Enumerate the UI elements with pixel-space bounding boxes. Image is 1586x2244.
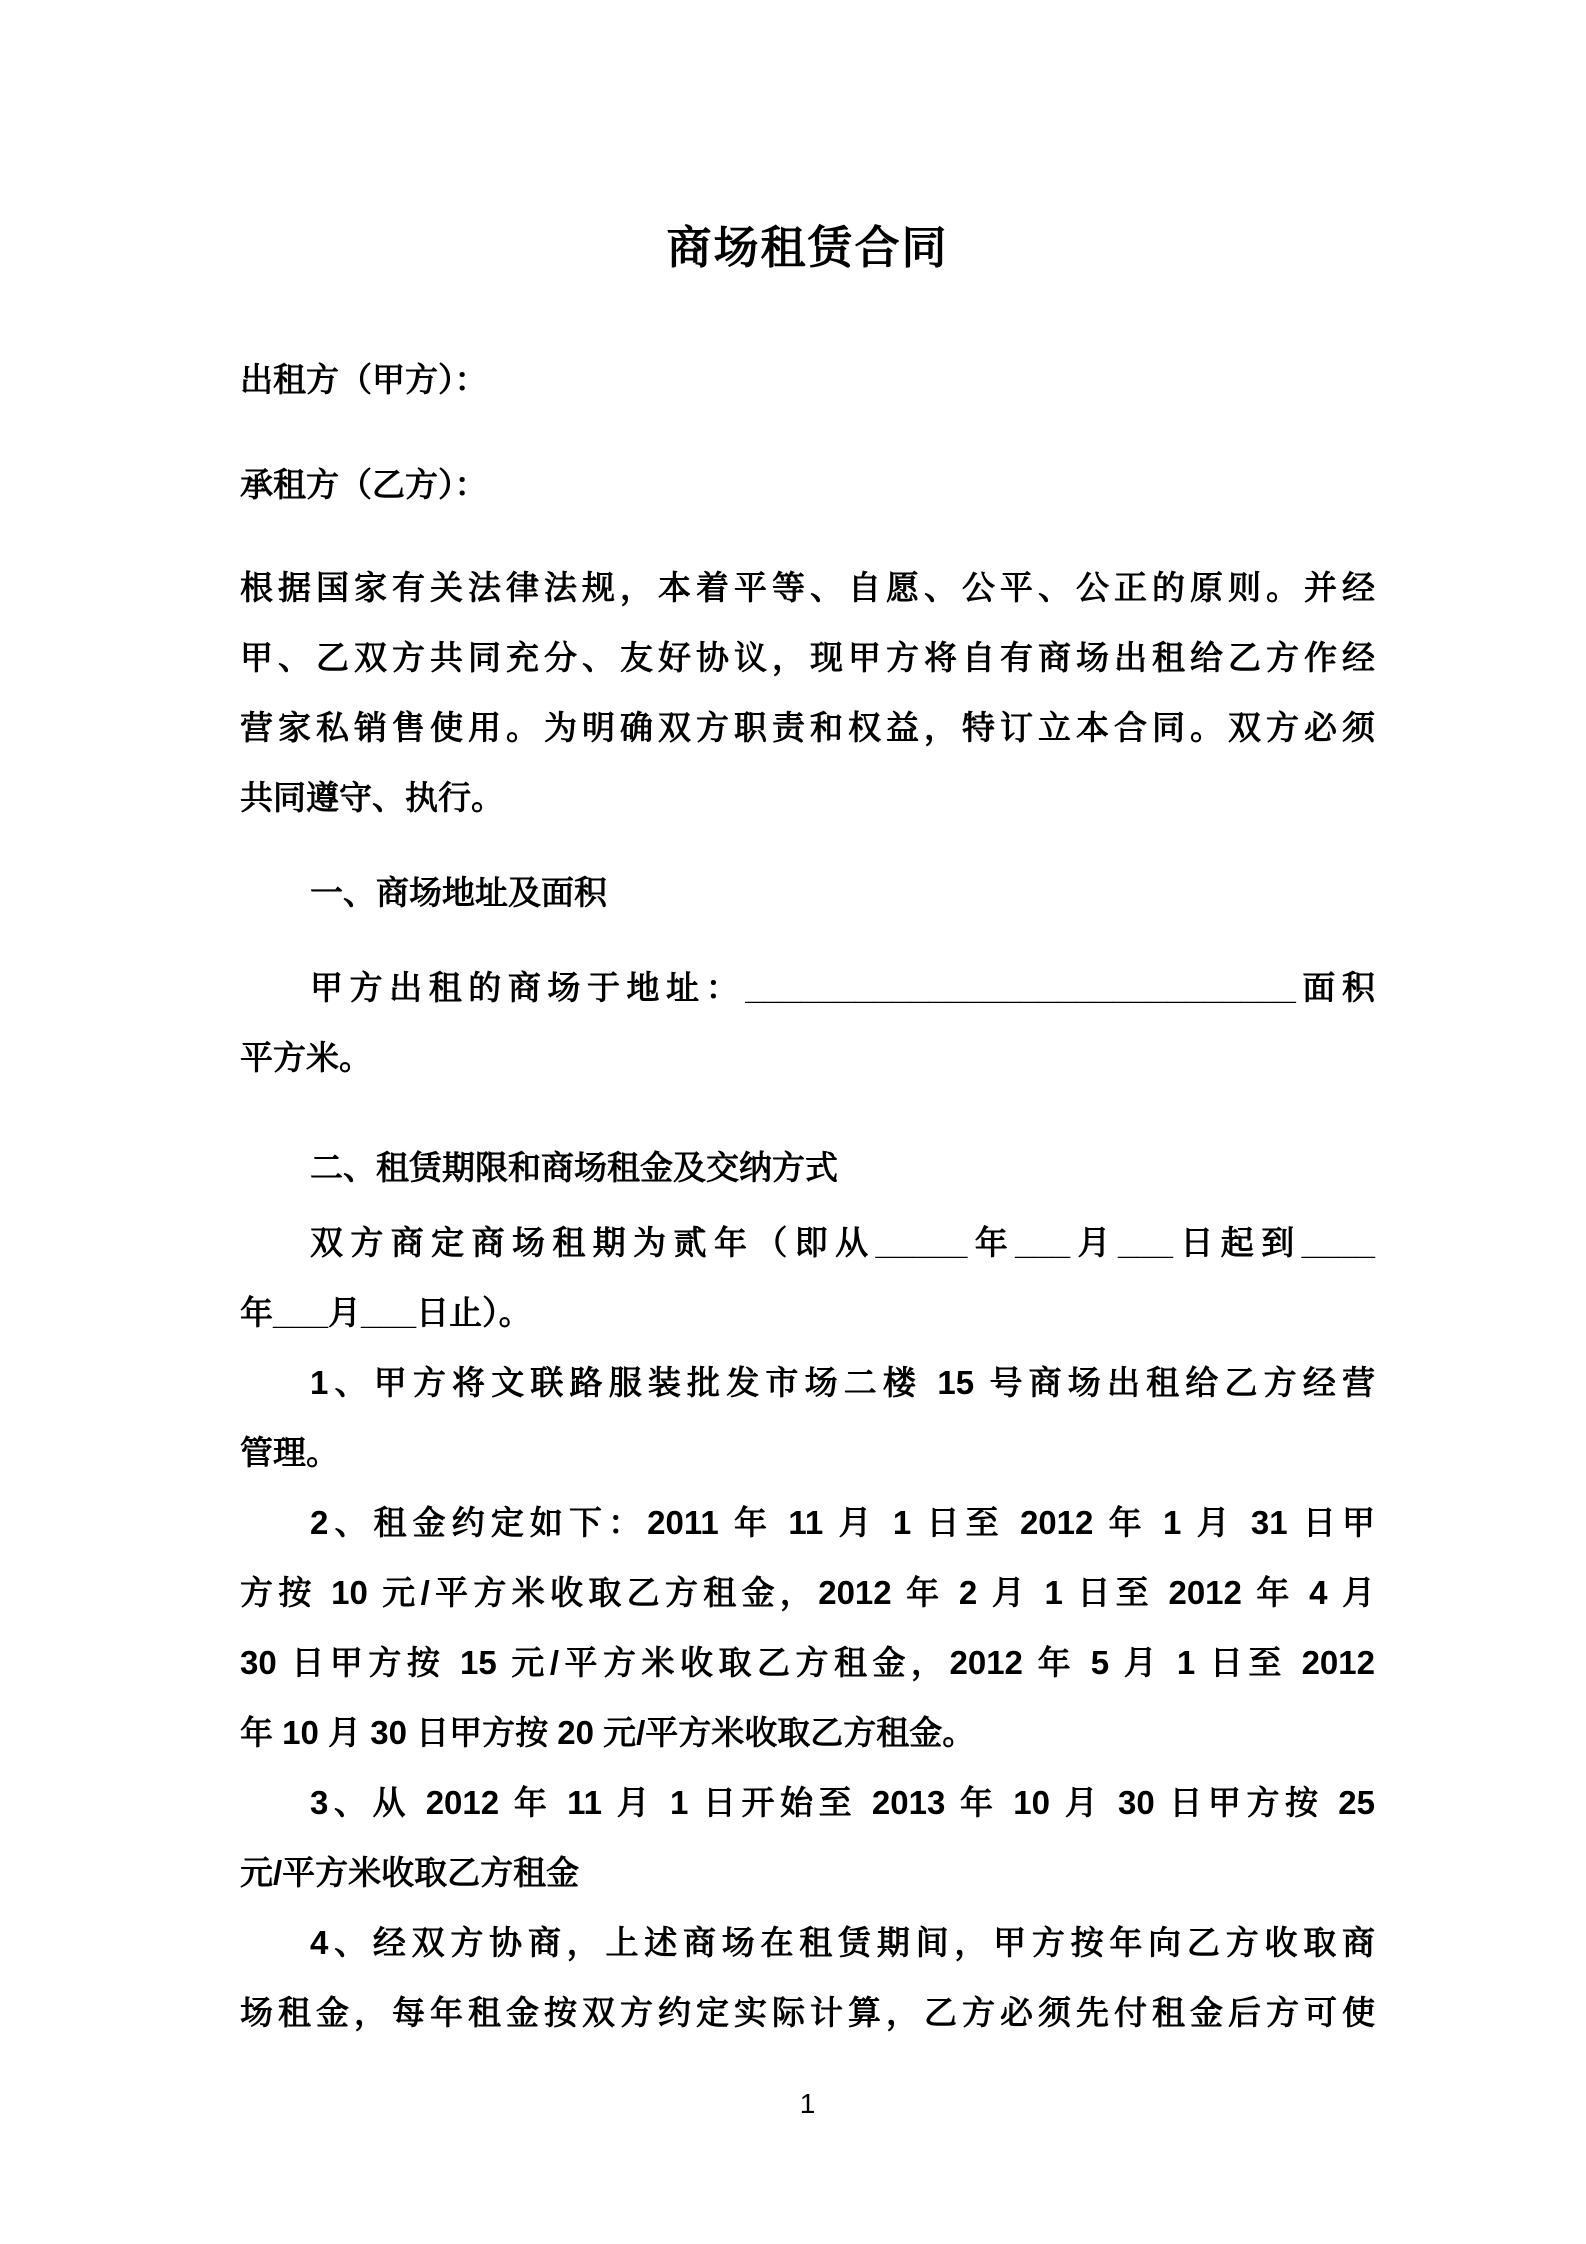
intro-paragraph: 根据国家有关法律法规，本着平等、自愿、公平、公正的原则。并经 甲、乙双方共同充分… bbox=[240, 553, 1375, 833]
clause-2-line: 30 日甲方按 15 元/平方米收取乙方租金，2012 年 5 月 1 日至 2… bbox=[240, 1628, 1375, 1698]
clause-3-line: 元/平方米收取乙方租金 bbox=[240, 1838, 1375, 1908]
contract-page: 商场租赁合同 出租方（甲方）： 承租方（乙方）： 根据国家有关法律法规，本着平等… bbox=[0, 0, 1586, 2244]
clause-2: 2、租金约定如下：2011 年 11 月 1 日至 2012 年 1 月 31 … bbox=[240, 1488, 1375, 1768]
clause-2-line: 年 10 月 30 日甲方按 20 元/平方米收取乙方租金。 bbox=[240, 1698, 1375, 1768]
lessee-party-line: 承租方（乙方）： bbox=[240, 450, 1375, 520]
section1-body: 甲方出租的商场于地址：_____________________________… bbox=[240, 953, 1375, 1093]
address-line: 甲方出租的商场于地址：_____________________________… bbox=[240, 953, 1375, 1023]
term-paragraph: 双方商定商场租期为贰年（即从_____年___月___日起到____ 年___月… bbox=[240, 1208, 1375, 1348]
page-number: 1 bbox=[240, 2084, 1375, 2124]
clause-3: 3、从 2012 年 11 月 1 日开始至 2013 年 10 月 30 日甲… bbox=[240, 1768, 1375, 1908]
clause-2-line: 方按 10 元/平方米收取乙方租金，2012 年 2 月 1 日至 2012 年… bbox=[240, 1558, 1375, 1628]
term-line: 年___月___日止）。 bbox=[240, 1278, 1375, 1348]
term-line: 双方商定商场租期为贰年（即从_____年___月___日起到____ bbox=[240, 1208, 1375, 1278]
clause-1-line: 1、甲方将文联路服装批发市场二楼 15 号商场出租给乙方经营 bbox=[240, 1348, 1375, 1418]
intro-line: 营家私销售使用。为明确双方职责和权益，特订立本合同。双方必须 bbox=[240, 693, 1375, 763]
address-line: 平方米。 bbox=[240, 1023, 1375, 1093]
clause-2-line: 2、租金约定如下：2011 年 11 月 1 日至 2012 年 1 月 31 … bbox=[240, 1488, 1375, 1558]
clause-4-line: 4、经双方协商，上述商场在租赁期间，甲方按年向乙方收取商 bbox=[240, 1908, 1375, 1978]
intro-line: 共同遵守、执行。 bbox=[240, 763, 1375, 833]
clause-1: 1、甲方将文联路服装批发市场二楼 15 号商场出租给乙方经营 管理。 bbox=[240, 1348, 1375, 1488]
section1-heading: 一、商场地址及面积 bbox=[240, 858, 1375, 928]
clause-4-line: 场租金，每年租金按双方约定实际计算，乙方必须先付租金后方可使 bbox=[240, 1978, 1375, 2048]
section2-heading: 二、租赁期限和商场租金及交纳方式 bbox=[240, 1133, 1375, 1203]
clause-4: 4、经双方协商，上述商场在租赁期间，甲方按年向乙方收取商 场租金，每年租金按双方… bbox=[240, 1908, 1375, 2048]
clause-1-line: 管理。 bbox=[240, 1418, 1375, 1488]
intro-line: 根据国家有关法律法规，本着平等、自愿、公平、公正的原则。并经 bbox=[240, 553, 1375, 623]
clause-3-line: 3、从 2012 年 11 月 1 日开始至 2013 年 10 月 30 日甲… bbox=[240, 1768, 1375, 1838]
contract-title: 商场租赁合同 bbox=[240, 218, 1375, 278]
intro-line: 甲、乙双方共同充分、友好协议，现甲方将自有商场出租给乙方作经 bbox=[240, 623, 1375, 693]
lessor-party-line: 出租方（甲方）： bbox=[240, 345, 1375, 415]
